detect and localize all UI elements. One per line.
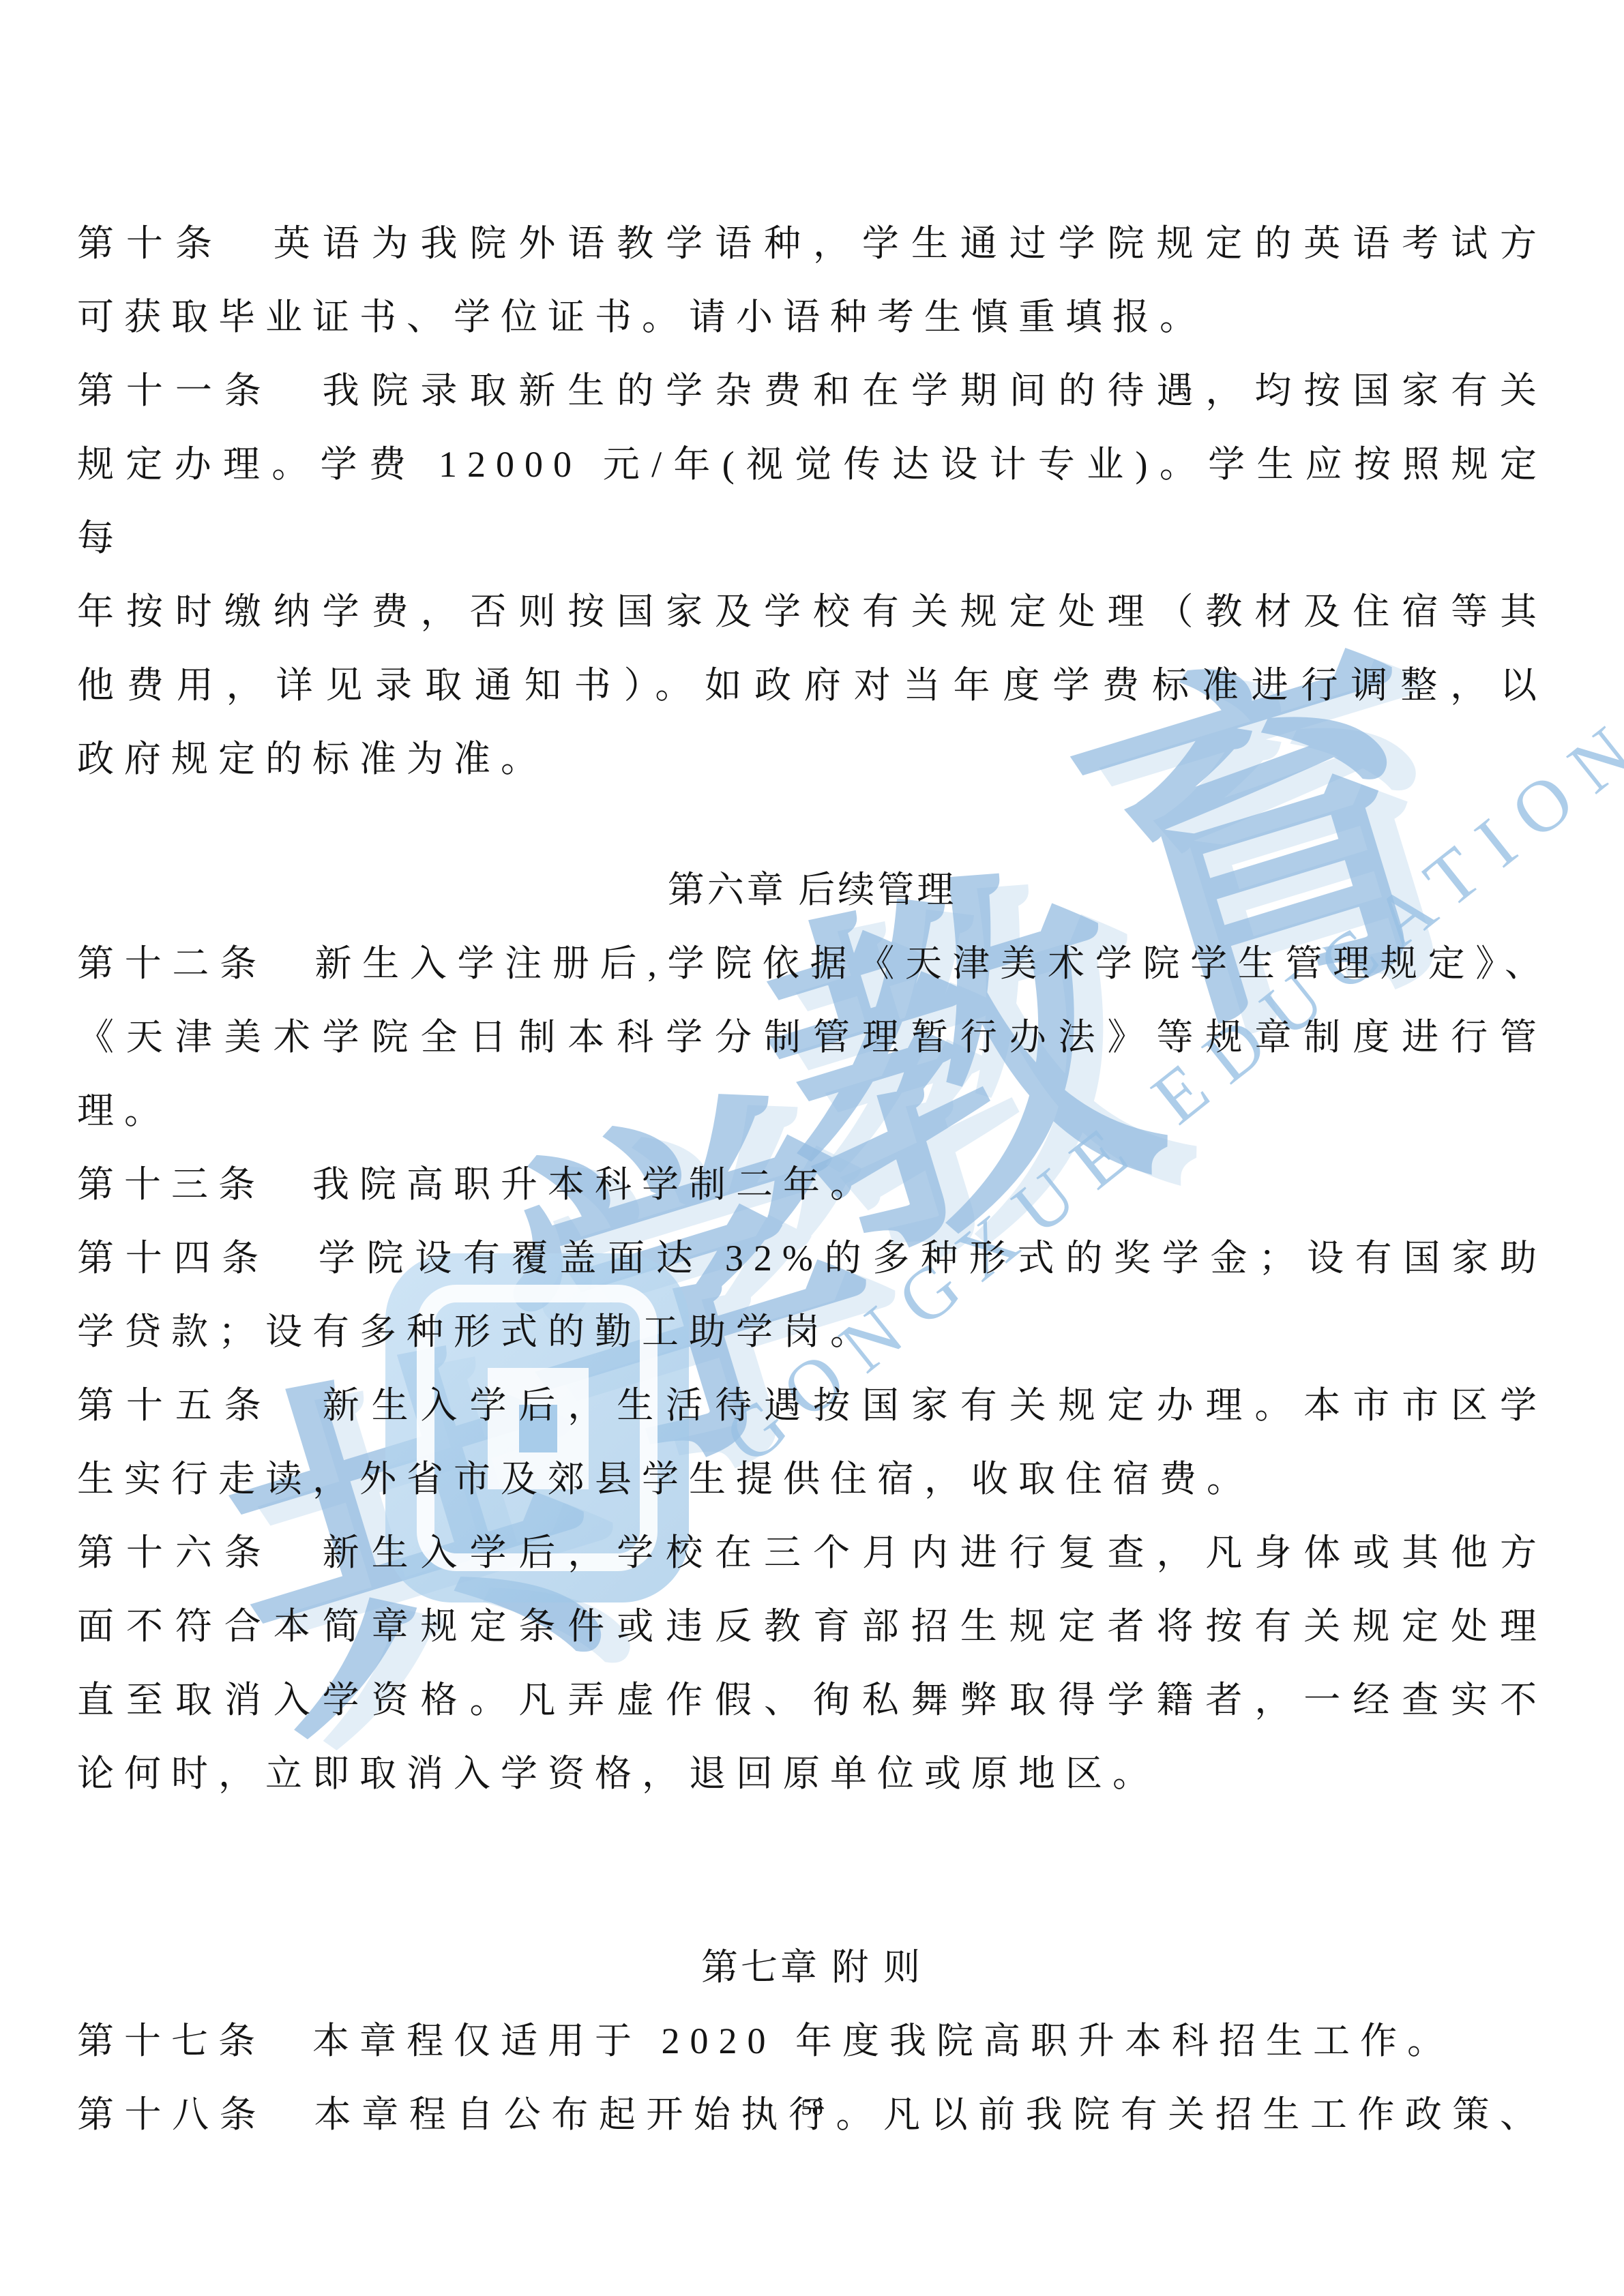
text-line: 可获取毕业证书、学位证书。请小语种考生慎重填报。 (77, 280, 1547, 354)
text-line: 论何时，立即取消入学资格，退回原单位或原地区。 (77, 1737, 1547, 1810)
text-line: 第十四条 学院设有覆盖面达 32%的多种形式的奖学金；设有国家助 (77, 1221, 1547, 1295)
text-line: 政府规定的标准为准。 (77, 722, 1547, 796)
text-line: 第十二条 新生入学注册后,学院依据《天津美术学院学生管理规定》、 (77, 927, 1547, 1000)
page-number: 58 (0, 2095, 1624, 2120)
text-line: 第十三条 我院高职升本科学制二年。 (77, 1148, 1547, 1221)
text-line: 生实行走读，外省市及郊县学生提供住宿，收取住宿费。 (77, 1442, 1547, 1516)
chapter-heading: 第六章 后续管理 (77, 853, 1547, 927)
chapter-heading: 第七章 附 则 (77, 1930, 1547, 2004)
document-body: 第十条 英语为我院外语教学语种，学生通过学院规定的英语考试方可获取毕业证书、学位… (0, 0, 1624, 2151)
text-line: 规定办理。学费 12000 元/年(视觉传达设计专业)。学生应按照规定每 (77, 428, 1547, 575)
text-line: 《天津美术学院全日制本科学分制管理暂行办法》等规章制度进行管 (77, 1000, 1547, 1074)
text-line: 学贷款；设有多种形式的勤工助学岗。 (77, 1295, 1547, 1369)
text-line: 第十一条 我院录取新生的学杂费和在学期间的待遇，均按国家有关 (77, 354, 1547, 428)
text-line: 直至取消入学资格。凡弄虚作假、徇私舞弊取得学籍者，一经查实不 (77, 1663, 1547, 1737)
text-line: 理。 (77, 1074, 1547, 1148)
text-line: 第十七条 本章程仅适用于 2020 年度我院高职升本科招生工作。 (77, 2004, 1547, 2078)
text-line: 他费用，详见录取通知书）。如政府对当年度学费标准进行调整，以 (77, 648, 1547, 722)
text-line: 第十六条 新生入学后，学校在三个月内进行复查，凡身体或其他方 (77, 1516, 1547, 1590)
text-line: 第十条 英语为我院外语教学语种，学生通过学院规定的英语考试方 (77, 207, 1547, 280)
text-line: 年按时缴纳学费，否则按国家及学校有关规定处理（教材及住宿等其 (77, 575, 1547, 648)
document-page: 共学教育 GONGXUE EDUCATION 第十条 英语为我院外语教学语种，学… (0, 0, 1624, 2296)
text-line: 面不符合本简章规定条件或违反教育部招生规定者将按有关规定处理 (77, 1590, 1547, 1663)
text-line: 第十五条 新生入学后，生活待遇按国家有关规定办理。本市市区学 (77, 1369, 1547, 1442)
